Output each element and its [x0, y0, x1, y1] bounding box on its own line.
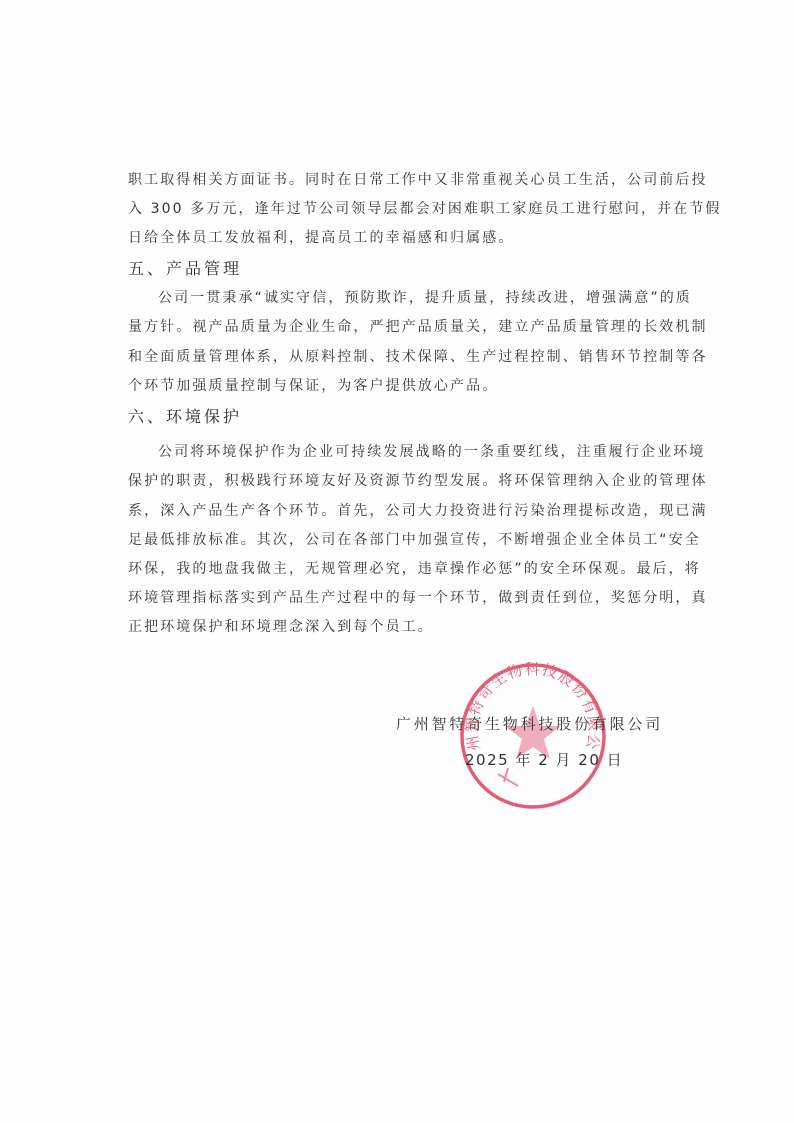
- paragraph-line: 环境管理指标落实到产品生产过程中的每一个环节，做到责任到位，奖惩分明，真: [128, 588, 668, 608]
- signature-company-name: 广州智特奇生物科技股份有限公司: [396, 714, 663, 734]
- paragraph-line: 系，深入产品生产各个环节。首先，公司大力投资进行污染治理提标改造，现已满: [128, 501, 668, 521]
- signature-date: 2025 年 2 月 20 日: [465, 750, 623, 770]
- paragraph-line: 公司将环境保护作为企业可持续发展战略的一条重要红线，注重履行企业环境: [158, 442, 698, 462]
- paragraph-line: 正把环境保护和环境理念深入到每个员工。: [128, 617, 668, 637]
- paragraph-line: 公司一贯秉承“诚实守信，预防欺诈，提升质量，持续改进，增强满意”的质: [158, 288, 698, 308]
- paragraph-line: 量方针。视产品质量为企业生命，严把产品质量关，建立产品质量管理的长效机制: [128, 317, 668, 337]
- paragraph-line: 个环节加强质量控制与保证，为客户提供放心产品。: [128, 376, 668, 396]
- section-heading-product-management: 五、产品管理: [128, 258, 242, 280]
- company-seal-stamp: 广州智特奇生物科技股份有限公司: [458, 662, 608, 810]
- paragraph-line: 保护的职责，积极践行环境友好及资源节约型发展。将环保管理纳入企业的管理体: [128, 471, 668, 491]
- document-page: 职工取得相关方面证书。同时在日常工作中又非常重视关心员工生活，公司前后投 入 3…: [0, 0, 794, 1123]
- paragraph-line: 日给全体员工发放福利，提高员工的幸福感和归属感。: [128, 228, 668, 248]
- paragraph-line: 足最低排放标准。其次，公司在各部门中加强宣传，不断增强企业全体员工“安全: [128, 530, 668, 550]
- paragraph-line: 职工取得相关方面证书。同时在日常工作中又非常重视关心员工生活，公司前后投: [128, 170, 668, 190]
- paragraph-line: 环保，我的地盘我做主，无规管理必究，违章操作必惩”的安全环保观。最后，将: [128, 559, 668, 579]
- paragraph-line: 入 300 多万元，逢年过节公司领导层都会对困难职工家庭员工进行慰问，并在节假: [128, 199, 668, 219]
- paragraph-line: 和全面质量管理体系，从原料控制、技术保障、生产过程控制、销售环节控制等各: [128, 347, 668, 367]
- section-heading-environmental-protection: 六、环境保护: [128, 406, 242, 428]
